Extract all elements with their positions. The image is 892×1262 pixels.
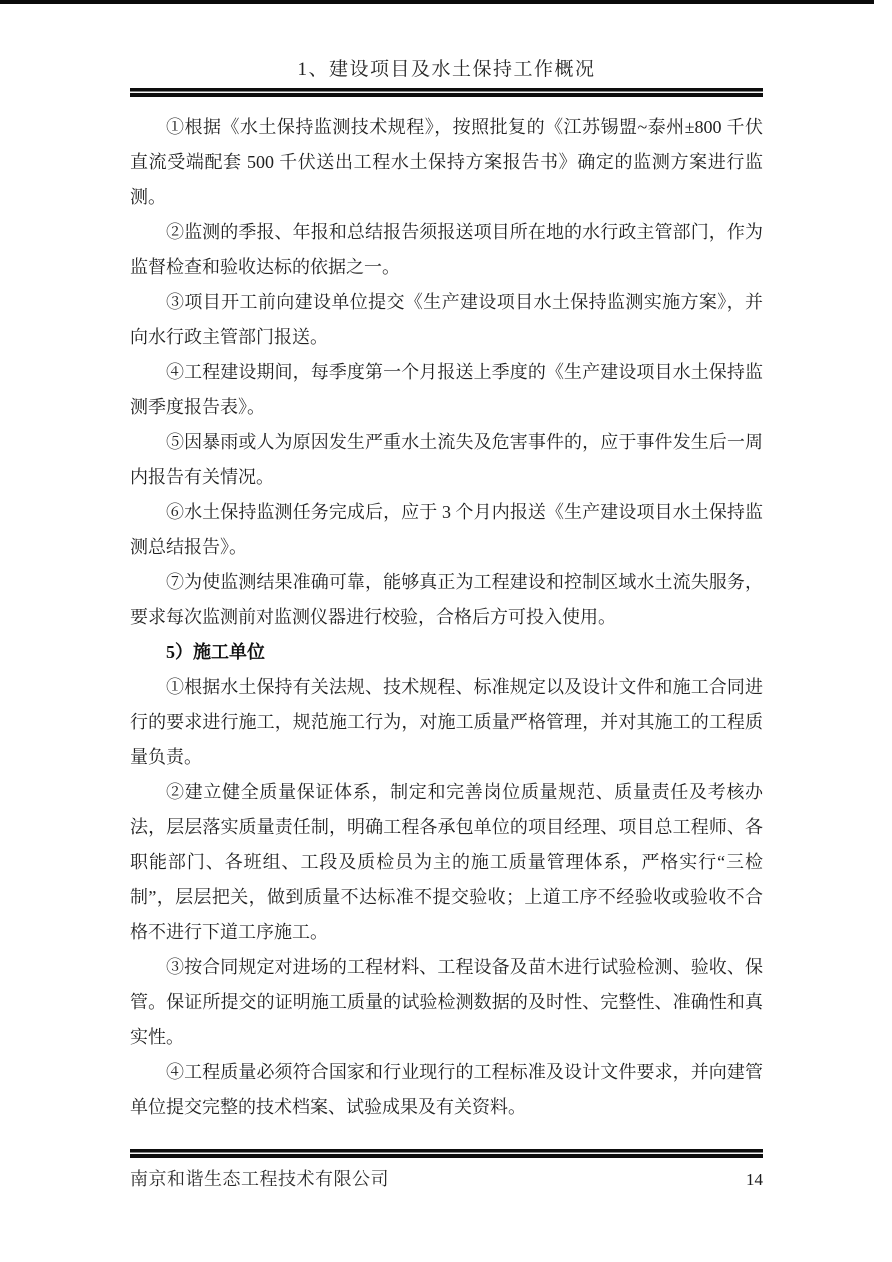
paragraph: ①根据《水土保持监测技术规程》，按照批复的《江苏锡盟~泰州±800 千伏直流受端… (130, 110, 763, 215)
page-body: ①根据《水土保持监测技术规程》，按照批复的《江苏锡盟~泰州±800 千伏直流受端… (130, 110, 763, 1125)
paragraph: ②监测的季报、年报和总结报告须报送项目所在地的水行政主管部门，作为监督检查和验收… (130, 215, 763, 285)
paragraph: ⑥水土保持监测任务完成后，应于 3 个月内报送《生产建设项目水土保持监测总结报告… (130, 495, 763, 565)
footer-row: 南京和谐生态工程技术有限公司 14 (130, 1165, 763, 1191)
paragraph: ①根据水土保持有关法规、技术规程、标准规定以及设计文件和施工合同进行的要求进行施… (130, 670, 763, 775)
footer-company: 南京和谐生态工程技术有限公司 (130, 1165, 389, 1191)
document-page: 1、建设项目及水土保持工作概况 ①根据《水土保持监测技术规程》，按照批复的《江苏… (130, 0, 763, 1125)
section-heading: 5）施工单位 (130, 635, 763, 670)
paragraph: ③项目开工前向建设单位提交《生产建设项目水土保持监测实施方案》，并向水行政主管部… (130, 285, 763, 355)
paragraph: ⑤因暴雨或人为原因发生严重水土流失及危害事件的，应于事件发生后一周内报告有关情况… (130, 425, 763, 495)
paragraph: ③按合同规定对进场的工程材料、工程设备及苗木进行试验检测、验收、保管。保证所提交… (130, 950, 763, 1055)
paragraph: ②建立健全质量保证体系，制定和完善岗位质量规范、质量责任及考核办法，层层落实质量… (130, 775, 763, 950)
paragraph: ④工程建设期间，每季度第一个月报送上季度的《生产建设项目水土保持监测季度报告表》… (130, 355, 763, 425)
page-footer: 南京和谐生态工程技术有限公司 14 (130, 1149, 763, 1191)
page-header: 1、建设项目及水土保持工作概况 (130, 0, 763, 97)
header-divider (130, 88, 763, 97)
footer-divider (130, 1149, 763, 1158)
paragraph: ⑦为使监测结果准确可靠，能够真正为工程建设和控制区域水土流失服务，要求每次监测前… (130, 565, 763, 635)
page-title: 1、建设项目及水土保持工作概况 (130, 58, 763, 82)
paragraph: ④工程质量必须符合国家和行业现行的工程标准及设计文件要求，并向建管单位提交完整的… (130, 1055, 763, 1125)
footer-page-number: 14 (746, 1170, 763, 1190)
